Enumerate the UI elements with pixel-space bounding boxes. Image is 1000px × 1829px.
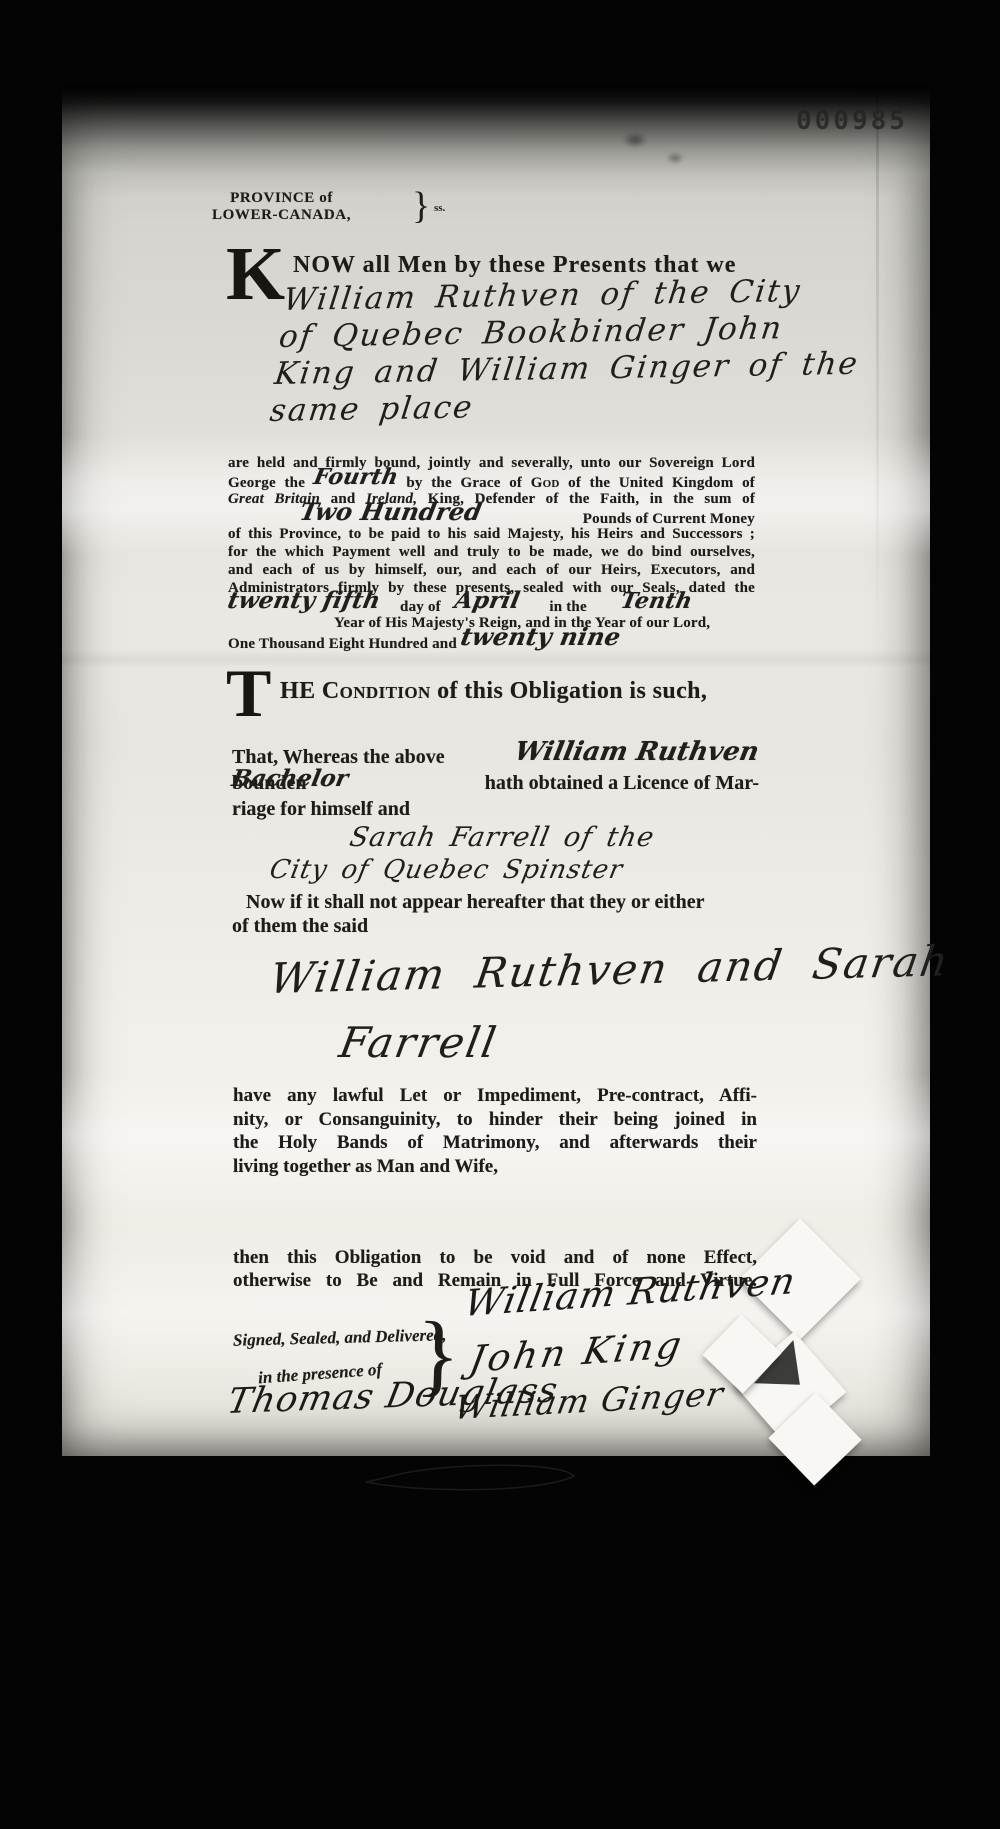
bond-line: One Thousand Eight Hundred and twenty ni… (228, 633, 755, 651)
handwritten-fill-king-number: Fourth (312, 470, 399, 484)
bond-line: Two Hundred Pounds of Current Money (228, 508, 755, 526)
scan-top-shadow (62, 86, 930, 198)
province-heading: PROVINCE of LOWER-CANADA, } ss. (212, 190, 351, 224)
impediment-line: have any lawful Let or Impediment, Pre-c… (233, 1084, 757, 1108)
handwritten-fill-month: April (453, 594, 520, 608)
bond-line: and each of us by himself, our, and each… (228, 562, 755, 580)
handwritten-bride-line2: City of Quebec Spinster (270, 855, 623, 885)
brace-icon: } (412, 184, 430, 228)
bond-line: are held and firmly bound, jointly and s… (228, 455, 755, 473)
handwritten-couple-names-line1: William Ruthven and Sarah (267, 936, 954, 1003)
document-paper: 000985 PROVINCE of LOWER-CANADA, } ss. K… (62, 86, 930, 1456)
handwritten-fill-sum: Two Hundred (299, 505, 483, 519)
ink-smudge (622, 132, 648, 148)
handwritten-fill-regnal-year: Tenth (619, 594, 693, 608)
paper-fold-line (876, 86, 879, 646)
impediment-line: living together as Man and Wife, (233, 1155, 757, 1179)
bond-line: of this Province, to be paid to his said… (228, 526, 755, 544)
handwritten-fill-year: twenty nine (459, 630, 621, 644)
whereas-text: hath obtained a Licence of Mar- (485, 770, 759, 796)
handwritten-groom-name: William Ruthven (514, 745, 760, 759)
signed-sealed-label: Signed, Sealed, and Delivered, (233, 1325, 447, 1351)
handwritten-bride-line1: Sarah Farrell of the (350, 822, 654, 853)
bond-text-segment: George the (228, 475, 305, 491)
province-line2: LOWER-CANADA, (212, 207, 351, 224)
condition-heading: HE Condition of this Obligation is such, (280, 678, 707, 705)
impediment-line: nity, or Consanguinity, to hinder their … (233, 1108, 757, 1132)
province-line1: PROVINCE of (212, 190, 351, 207)
impediment-line: the Holy Bands of Matrimony, and afterwa… (233, 1131, 757, 1155)
bond-line: twenty fifth day of April in the Tenth (228, 597, 755, 615)
scan-background: 000985 PROVINCE of LOWER-CANADA, } ss. K… (0, 0, 1000, 1829)
handwritten-groom-status: Bachelor (231, 772, 350, 786)
bond-text-god: God (531, 475, 560, 491)
handwritten-text: Sarah Farrell of the (347, 824, 657, 851)
now-line: Now if it shall not appear hereafter tha… (232, 890, 772, 914)
bond-text-segment: of the United Kingdom of (568, 475, 755, 491)
bond-text-segment: by the Grace of (406, 475, 522, 491)
now-line: of them the said (232, 914, 772, 938)
whereas-clause: That, Whereas the above bounden William … (232, 744, 759, 822)
condition-heading-rest: of this Obligation is such, (437, 678, 707, 704)
dropcap-k: K (226, 244, 285, 305)
bond-line: for the which Payment well and truly to … (228, 544, 755, 562)
bond-line: George the Fourth by the Grace of God of… (228, 473, 755, 491)
handwritten-couple-names-line2: Farrell (336, 1018, 502, 1067)
condition-heading-word: Condition (322, 678, 431, 704)
ink-smudge (666, 152, 684, 164)
bond-text-segment: One Thousand Eight Hundred and (228, 636, 457, 652)
handwritten-fill-day: twenty fifth (227, 594, 382, 608)
whereas-line: riage for himself and (232, 796, 759, 822)
ss-label: ss. (434, 202, 445, 214)
condition-heading-he: HE (280, 678, 315, 704)
signature-flourish (358, 1452, 588, 1496)
void-line: then this Obligation to be void and of n… (233, 1247, 757, 1270)
dropcap-t: T (226, 666, 271, 720)
handwritten-parties: William Ruthven of the City of Quebec Bo… (268, 272, 870, 430)
whereas-text: riage for himself and (232, 796, 410, 822)
bond-paragraph: are held and firmly bound, jointly and s… (228, 455, 755, 651)
stamp-number: 000985 (796, 106, 908, 136)
now-clause: Now if it shall not appear hereafter tha… (232, 890, 772, 938)
impediment-clause: have any lawful Let or Impediment, Pre-c… (233, 1084, 757, 1178)
handwritten-text: City of Quebec Spinster (267, 857, 625, 884)
paper-crease (62, 650, 930, 668)
